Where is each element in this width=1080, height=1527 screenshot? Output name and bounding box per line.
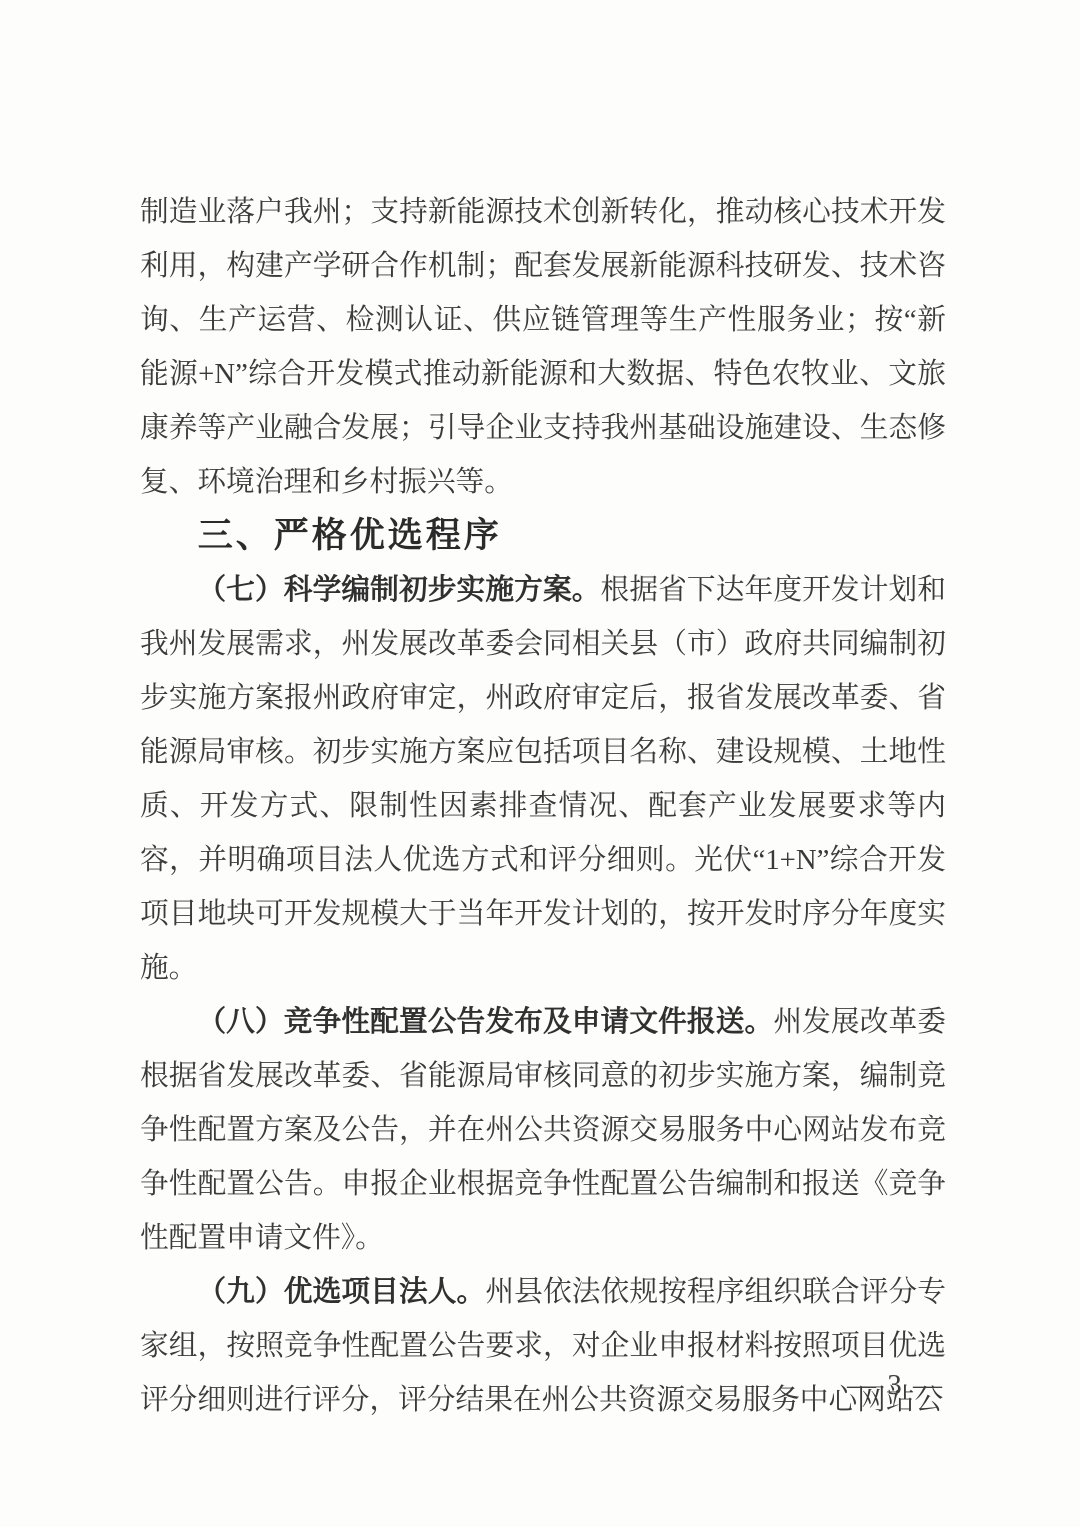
paragraph-continued: 制造业落户我州；支持新能源技术创新转化，推动核心技术开发利用，构建产学研合作机制… — [140, 185, 946, 509]
page-number: — 3 — — [847, 1365, 944, 1405]
paragraph-eight: （八）竞争性配置公告发布及申请文件报送。州发展改革委根据省发展改革委、省能源局审… — [140, 995, 946, 1265]
paragraph-eight-lead: （八）竞争性配置公告发布及申请文件报送。 — [197, 1006, 773, 1038]
paragraph-nine: （九）优选项目法人。州县依法依规按程序组织联合评分专家组，按照竞争性配置公告要求… — [140, 1265, 946, 1427]
paragraph-seven: （七）科学编制初步实施方案。根据省下达年度开发计划和我州发展需求，州发展改革委会… — [140, 563, 946, 995]
section-heading: 三、严格优选程序 — [140, 509, 946, 563]
document-body: 制造业落户我州；支持新能源技术创新转化，推动核心技术开发利用，构建产学研合作机制… — [140, 185, 946, 1427]
paragraph-nine-lead: （九）优选项目法人。 — [197, 1276, 485, 1308]
paragraph-seven-text: 根据省下达年度开发计划和我州发展需求，州发展改革委会同相关县（市）政府共同编制初… — [140, 574, 946, 984]
document-page: 制造业落户我州；支持新能源技术创新转化，推动核心技术开发利用，构建产学研合作机制… — [0, 0, 1080, 1527]
paragraph-seven-lead: （七）科学编制初步实施方案。 — [197, 574, 600, 606]
paragraph-eight-text: 州发展改革委根据省发展改革委、省能源局审核同意的初步实施方案，编制竞争性配置方案… — [140, 1006, 946, 1254]
